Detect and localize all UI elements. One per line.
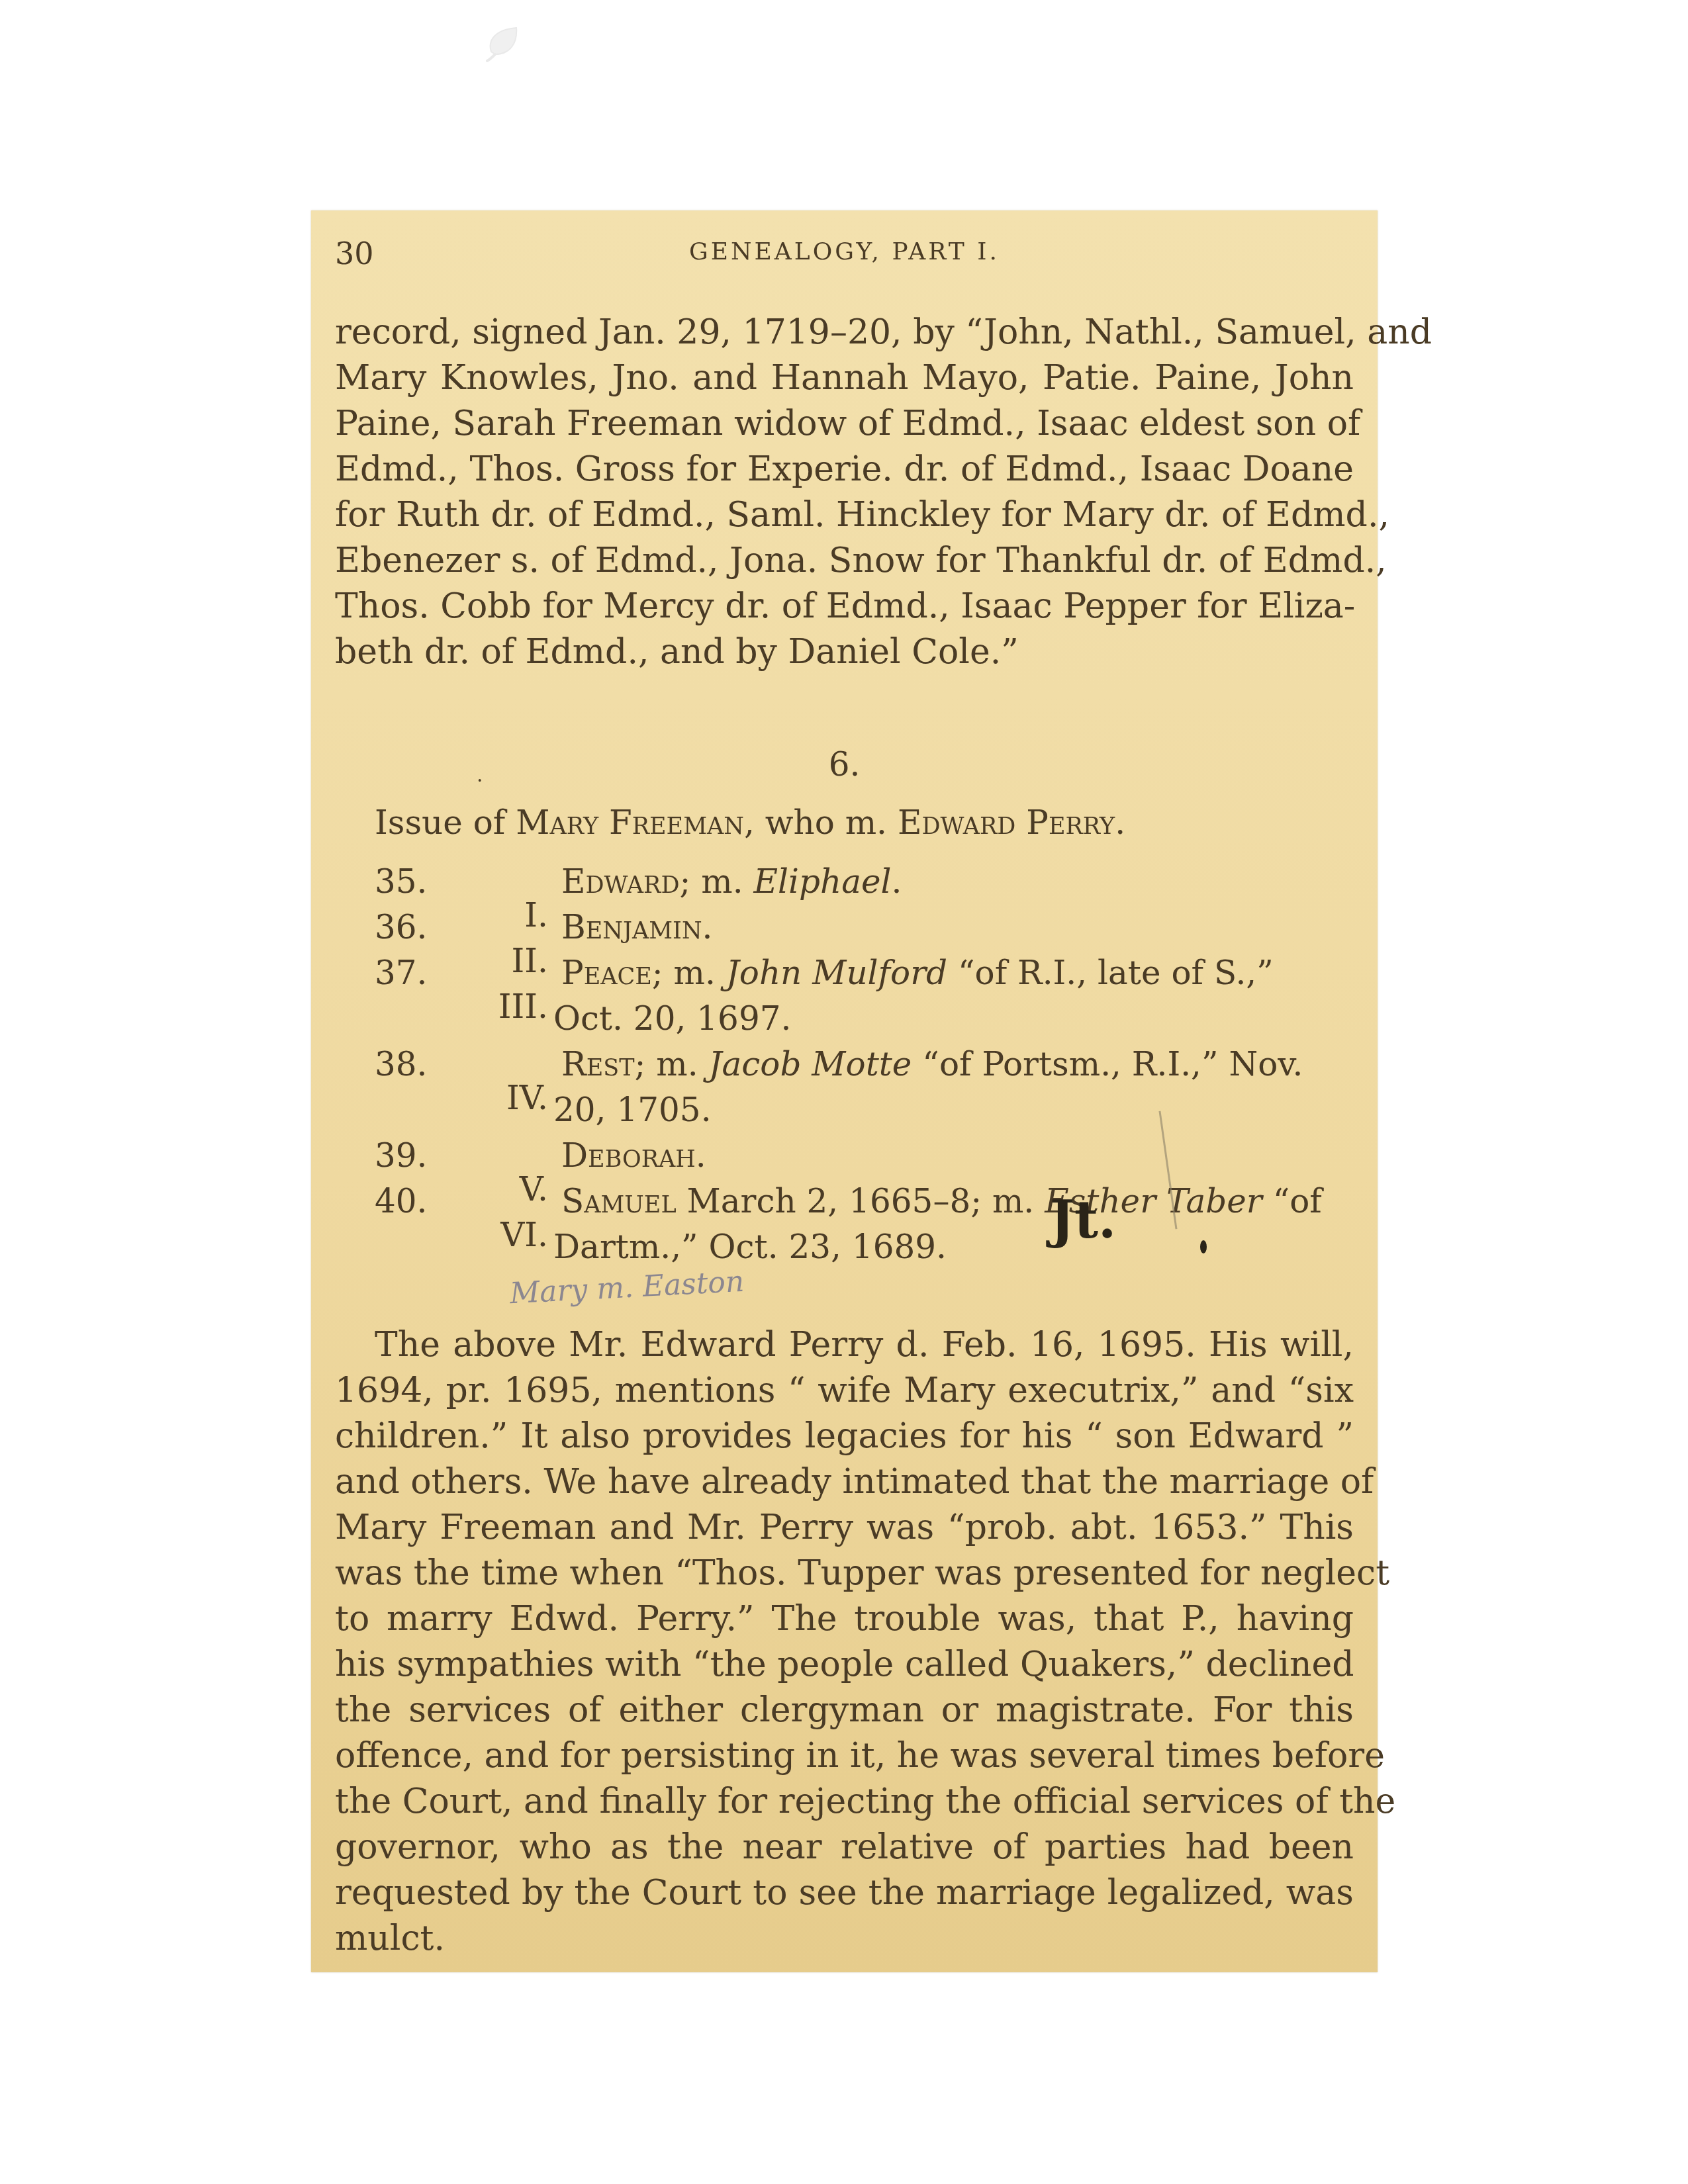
text-line: children.” It also provides legacies for… bbox=[335, 1414, 1354, 1459]
roman-numeral: III. bbox=[498, 984, 548, 1030]
child-name: Edward bbox=[561, 862, 679, 901]
entry-number: 37. bbox=[375, 950, 447, 996]
text-line: the services of either clergyman or magi… bbox=[335, 1688, 1354, 1733]
text-line: offence, and for persisting in it, he wa… bbox=[335, 1733, 1354, 1779]
text-line: Thos. Cobb for Mercy dr. of Edmd., Isaac… bbox=[335, 584, 1354, 629]
entry-text: . bbox=[696, 1136, 706, 1175]
text-line: Ebenezer s. of Edmd., Jona. Snow for Tha… bbox=[335, 538, 1354, 584]
roman-numeral: IV. bbox=[506, 1075, 548, 1121]
spouse-name: Jacob Motte bbox=[708, 1045, 912, 1083]
section-number: 6. bbox=[311, 745, 1378, 784]
ink-dot-mark bbox=[1200, 1240, 1207, 1253]
text-line: governor, who as the near relative of pa… bbox=[335, 1825, 1354, 1870]
paragraph-1: record, signed Jan. 29, 1719–20, by “Joh… bbox=[335, 310, 1354, 675]
text-line: his sympathies with “the people called Q… bbox=[335, 1642, 1354, 1688]
text-line: mulct. bbox=[335, 1916, 1354, 1962]
handwritten-ink-mark: Jt. bbox=[1050, 1190, 1116, 1250]
entry-text: ; m. bbox=[679, 862, 753, 901]
mother-name: Mary Freeman bbox=[516, 803, 744, 842]
entry-text: “of bbox=[1262, 1182, 1322, 1220]
text-line: record, signed Jan. 29, 1719–20, by “Joh… bbox=[335, 310, 1354, 355]
heading-suffix: . bbox=[1115, 803, 1125, 842]
roman-numeral: VI. bbox=[500, 1212, 548, 1258]
child-name: Benjamin bbox=[561, 908, 702, 946]
entry-text: March 2, 1665–8; m. bbox=[677, 1182, 1045, 1220]
text-line: was the time when “Thos. Tupper was pres… bbox=[335, 1551, 1354, 1596]
text-line: Edmd., Thos. Gross for Experie. dr. of E… bbox=[335, 447, 1354, 492]
entry-text: ; m. bbox=[652, 954, 726, 992]
entry-text: “of R.I., late of S.,” bbox=[947, 954, 1274, 992]
child-name: Samuel bbox=[561, 1182, 677, 1220]
child-entry: 37.III.Peace; m. John Mulford “of R.I., … bbox=[375, 950, 1354, 1042]
leaf-icon bbox=[483, 25, 520, 64]
heading-prefix: Issue of bbox=[375, 803, 516, 842]
entry-text: . bbox=[892, 862, 902, 901]
running-title: GENEALOGY, PART I. bbox=[335, 238, 1354, 265]
running-header: 30 GENEALOGY, PART I. bbox=[335, 236, 1354, 269]
text-line: Mary Knowles, Jno. and Hannah Mayo, Pati… bbox=[335, 355, 1354, 401]
section-heading: Issue of Mary Freeman, who m. Edward Per… bbox=[375, 803, 1125, 842]
child-name: Rest bbox=[561, 1045, 635, 1083]
scanned-book-page: 30 GENEALOGY, PART I. record, signed Jan… bbox=[311, 210, 1378, 1972]
text-line: to marry Edwd. Perry.” The trouble was, … bbox=[335, 1596, 1354, 1642]
children-list: 35.I.Edward; m. Eliphael. 36.II.Benjamin… bbox=[375, 859, 1354, 1270]
text-line: 1694, pr. 1695, mentions “ wife Mary exe… bbox=[335, 1368, 1354, 1414]
child-name: Deborah bbox=[561, 1136, 696, 1175]
father-name: Edward Perry bbox=[898, 803, 1115, 842]
text-line: Paine, Sarah Freeman widow of Edmd., Isa… bbox=[335, 401, 1354, 447]
child-entry: 39.V.Deborah. bbox=[375, 1133, 1354, 1179]
entry-number: 38. bbox=[375, 1042, 447, 1087]
handwritten-pencil-note: Mary m. Easton bbox=[509, 1265, 745, 1310]
child-name: Peace bbox=[561, 954, 652, 992]
text-line: the Court, and finally for rejecting the… bbox=[335, 1779, 1354, 1825]
spouse-name: Eliphael bbox=[753, 862, 891, 901]
text-line: and others. We have already intimated th… bbox=[335, 1459, 1354, 1505]
child-entry: 38.IV.Rest; m. Jacob Motte “of Portsm., … bbox=[375, 1042, 1354, 1133]
spouse-name: John Mulford bbox=[726, 954, 947, 992]
entry-text: “of Portsm., R.I.,” Nov. bbox=[912, 1045, 1303, 1083]
entry-number: 39. bbox=[375, 1133, 447, 1179]
entry-number: 35. bbox=[375, 859, 447, 905]
entry-text: ; m. bbox=[635, 1045, 709, 1083]
child-entry: 36.II.Benjamin. bbox=[375, 905, 1354, 950]
text-line: Mary Freeman and Mr. Perry was “prob. ab… bbox=[335, 1505, 1354, 1551]
heading-middle: , who m. bbox=[744, 803, 898, 842]
child-entry: 35.I.Edward; m. Eliphael. bbox=[375, 859, 1354, 905]
text-line: requested by the Court to see the marria… bbox=[335, 1870, 1354, 1916]
text-line: beth dr. of Edmd., and by Daniel Cole.” bbox=[335, 629, 1354, 675]
paragraph-2: The above Mr. Edward Perry d. Feb. 16, 1… bbox=[335, 1322, 1354, 1962]
entry-number: 36. bbox=[375, 905, 447, 950]
text-line: for Ruth dr. of Edmd., Saml. Hinckley fo… bbox=[335, 492, 1354, 538]
entry-text: . bbox=[702, 908, 713, 946]
entry-number: 40. bbox=[375, 1179, 447, 1224]
child-entry: 40.VI.Samuel March 2, 1665–8; m. Esther … bbox=[375, 1179, 1354, 1270]
text-line: The above Mr. Edward Perry d. Feb. 16, 1… bbox=[335, 1322, 1354, 1368]
